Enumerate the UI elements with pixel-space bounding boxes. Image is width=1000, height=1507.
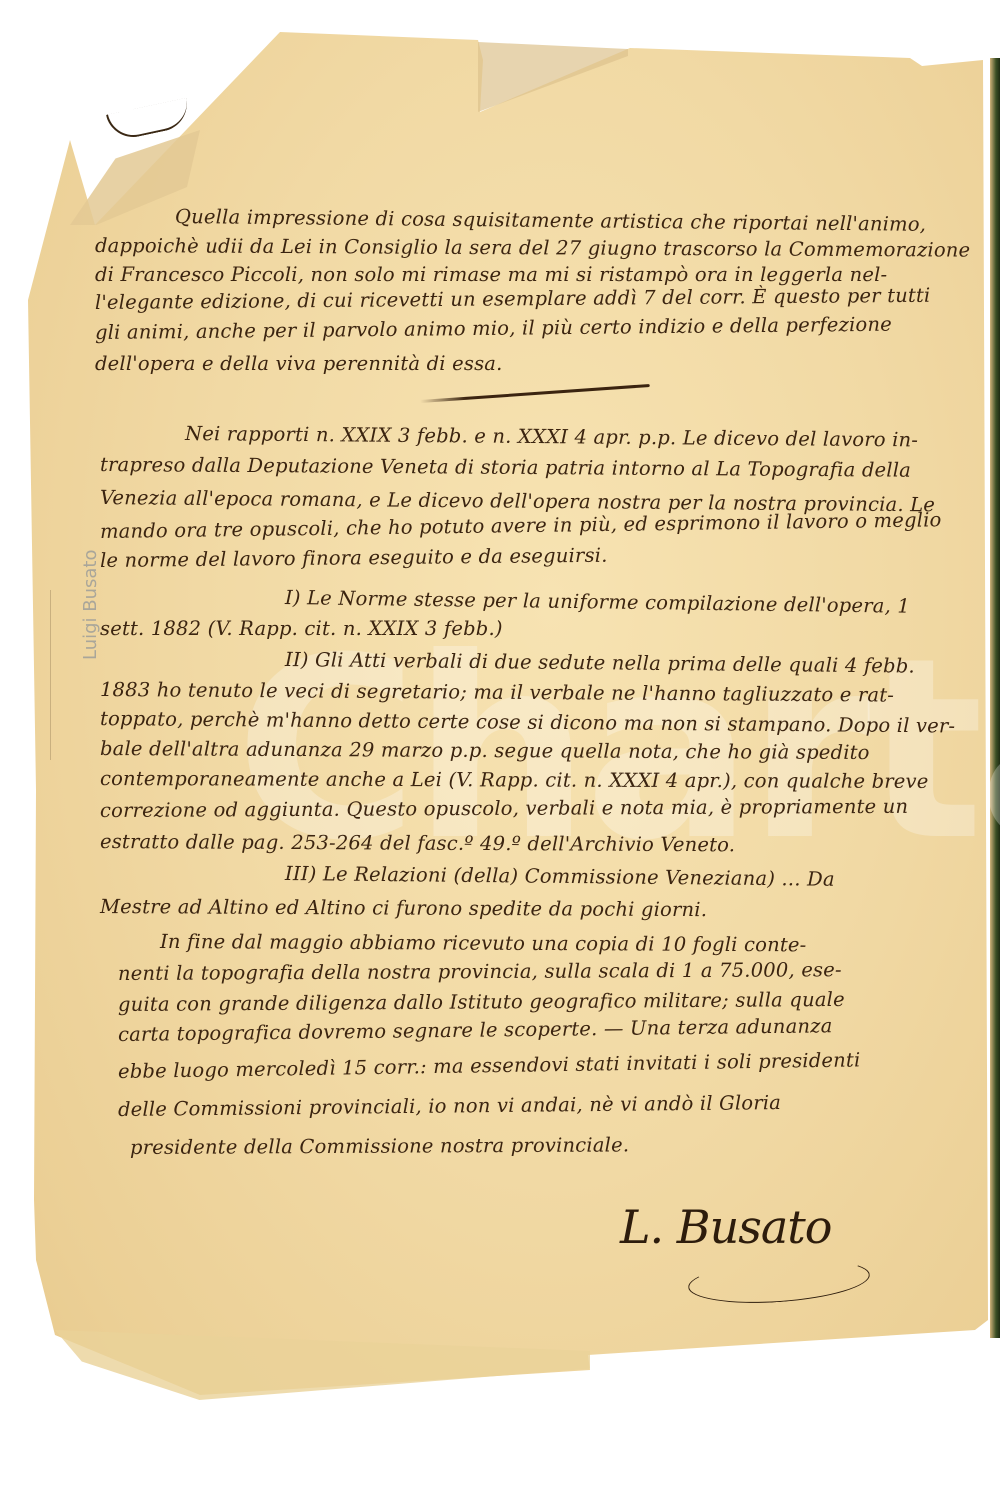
text-line: Mestre ad Altino ed Altino ci furono spe…	[100, 895, 707, 921]
text-line: sett. 1882 (V. Rapp. cit. n. XXIX 3 febb…	[100, 617, 503, 640]
letter-sheet: Luigi Busato Charta Quella impressione d…	[0, 0, 1000, 1507]
text-line: dappoichè udii da Lei in Consiglio la se…	[95, 234, 970, 262]
text-line: presidente della Commissione nostra prov…	[130, 1133, 629, 1159]
ink-flourish-mark	[106, 98, 192, 142]
signature: L. Busato	[620, 1200, 831, 1254]
text-line: di Francesco Piccoli, non solo mi rimase…	[95, 263, 887, 286]
text-line: estratto dalle pag. 253-264 del fasc.º 4…	[100, 830, 735, 856]
text-line: contemporaneamente anche a Lei (V. Rapp.…	[100, 767, 929, 793]
pencil-margin-line	[50, 590, 51, 760]
text-line: bale dell'altra adunanza 29 marzo p.p. s…	[100, 737, 870, 764]
text-line: dell'opera e della viva perennità di ess…	[95, 352, 503, 375]
scan-edge	[990, 58, 1000, 1338]
text-line: nenti la topografia della nostra provinc…	[118, 958, 842, 985]
text-line: correzione od aggiunta. Questo opuscolo,…	[100, 795, 908, 822]
pencil-margin-note: Luigi Busato	[80, 549, 101, 660]
text-line: In fine dal maggio abbiamo ricevuto una …	[160, 930, 807, 956]
